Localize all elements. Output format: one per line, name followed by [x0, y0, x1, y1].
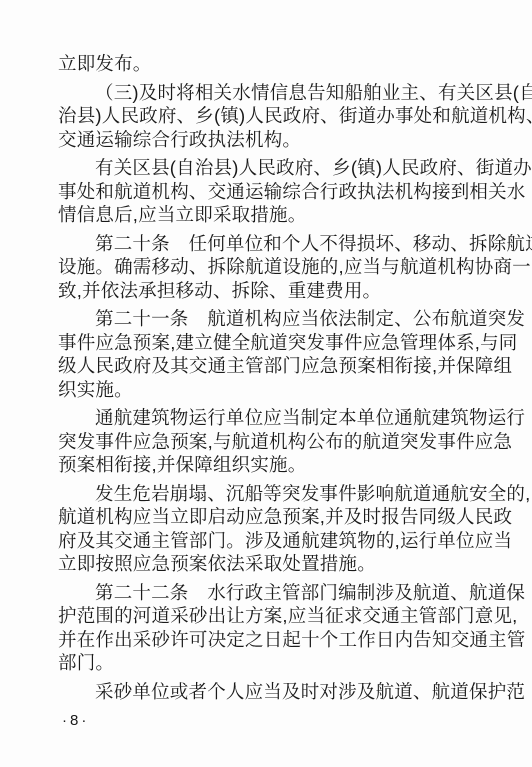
- paragraph: 发生危岩崩塌、沉船等突发事件影响航道通航安全的, 航道机构应当立即启动应急预案,…: [58, 482, 518, 576]
- page-number: ·8·: [62, 709, 518, 733]
- paragraph: 通航建筑物运行单位应当制定本单位通航建筑物运行 突发事件应急预案,与航道机构公布…: [58, 406, 518, 477]
- paragraph: 采砂单位或者个人应当及时对涉及航道、航道保护范: [58, 680, 518, 704]
- paragraph: 第二十一条 航道机构应当依法制定、公布航道突发 事件应急预案,建立健全航道突发事…: [58, 307, 518, 401]
- paragraph: （三)及时将相关水情信息告知船舶业主、有关区县(自 治县)人民政府、乡(镇)人民…: [58, 81, 518, 152]
- paragraph: 第二十二条 水行政主管部门编制涉及航道、航道保 护范围的河道采砂出让方案,应当征…: [58, 581, 518, 675]
- paragraph: 立即发布。: [58, 52, 518, 76]
- paragraph: 有关区县(自治县)人民政府、乡(镇)人民政府、街道办 事处和航道机构、交通运输综…: [58, 156, 518, 227]
- paragraph: 第二十条 任何单位和个人不得损坏、移动、拆除航道 设施。确需移动、拆除航道设施的…: [58, 232, 518, 303]
- document-page: 立即发布。 （三)及时将相关水情信息告知船舶业主、有关区县(自 治县)人民政府、…: [0, 0, 532, 767]
